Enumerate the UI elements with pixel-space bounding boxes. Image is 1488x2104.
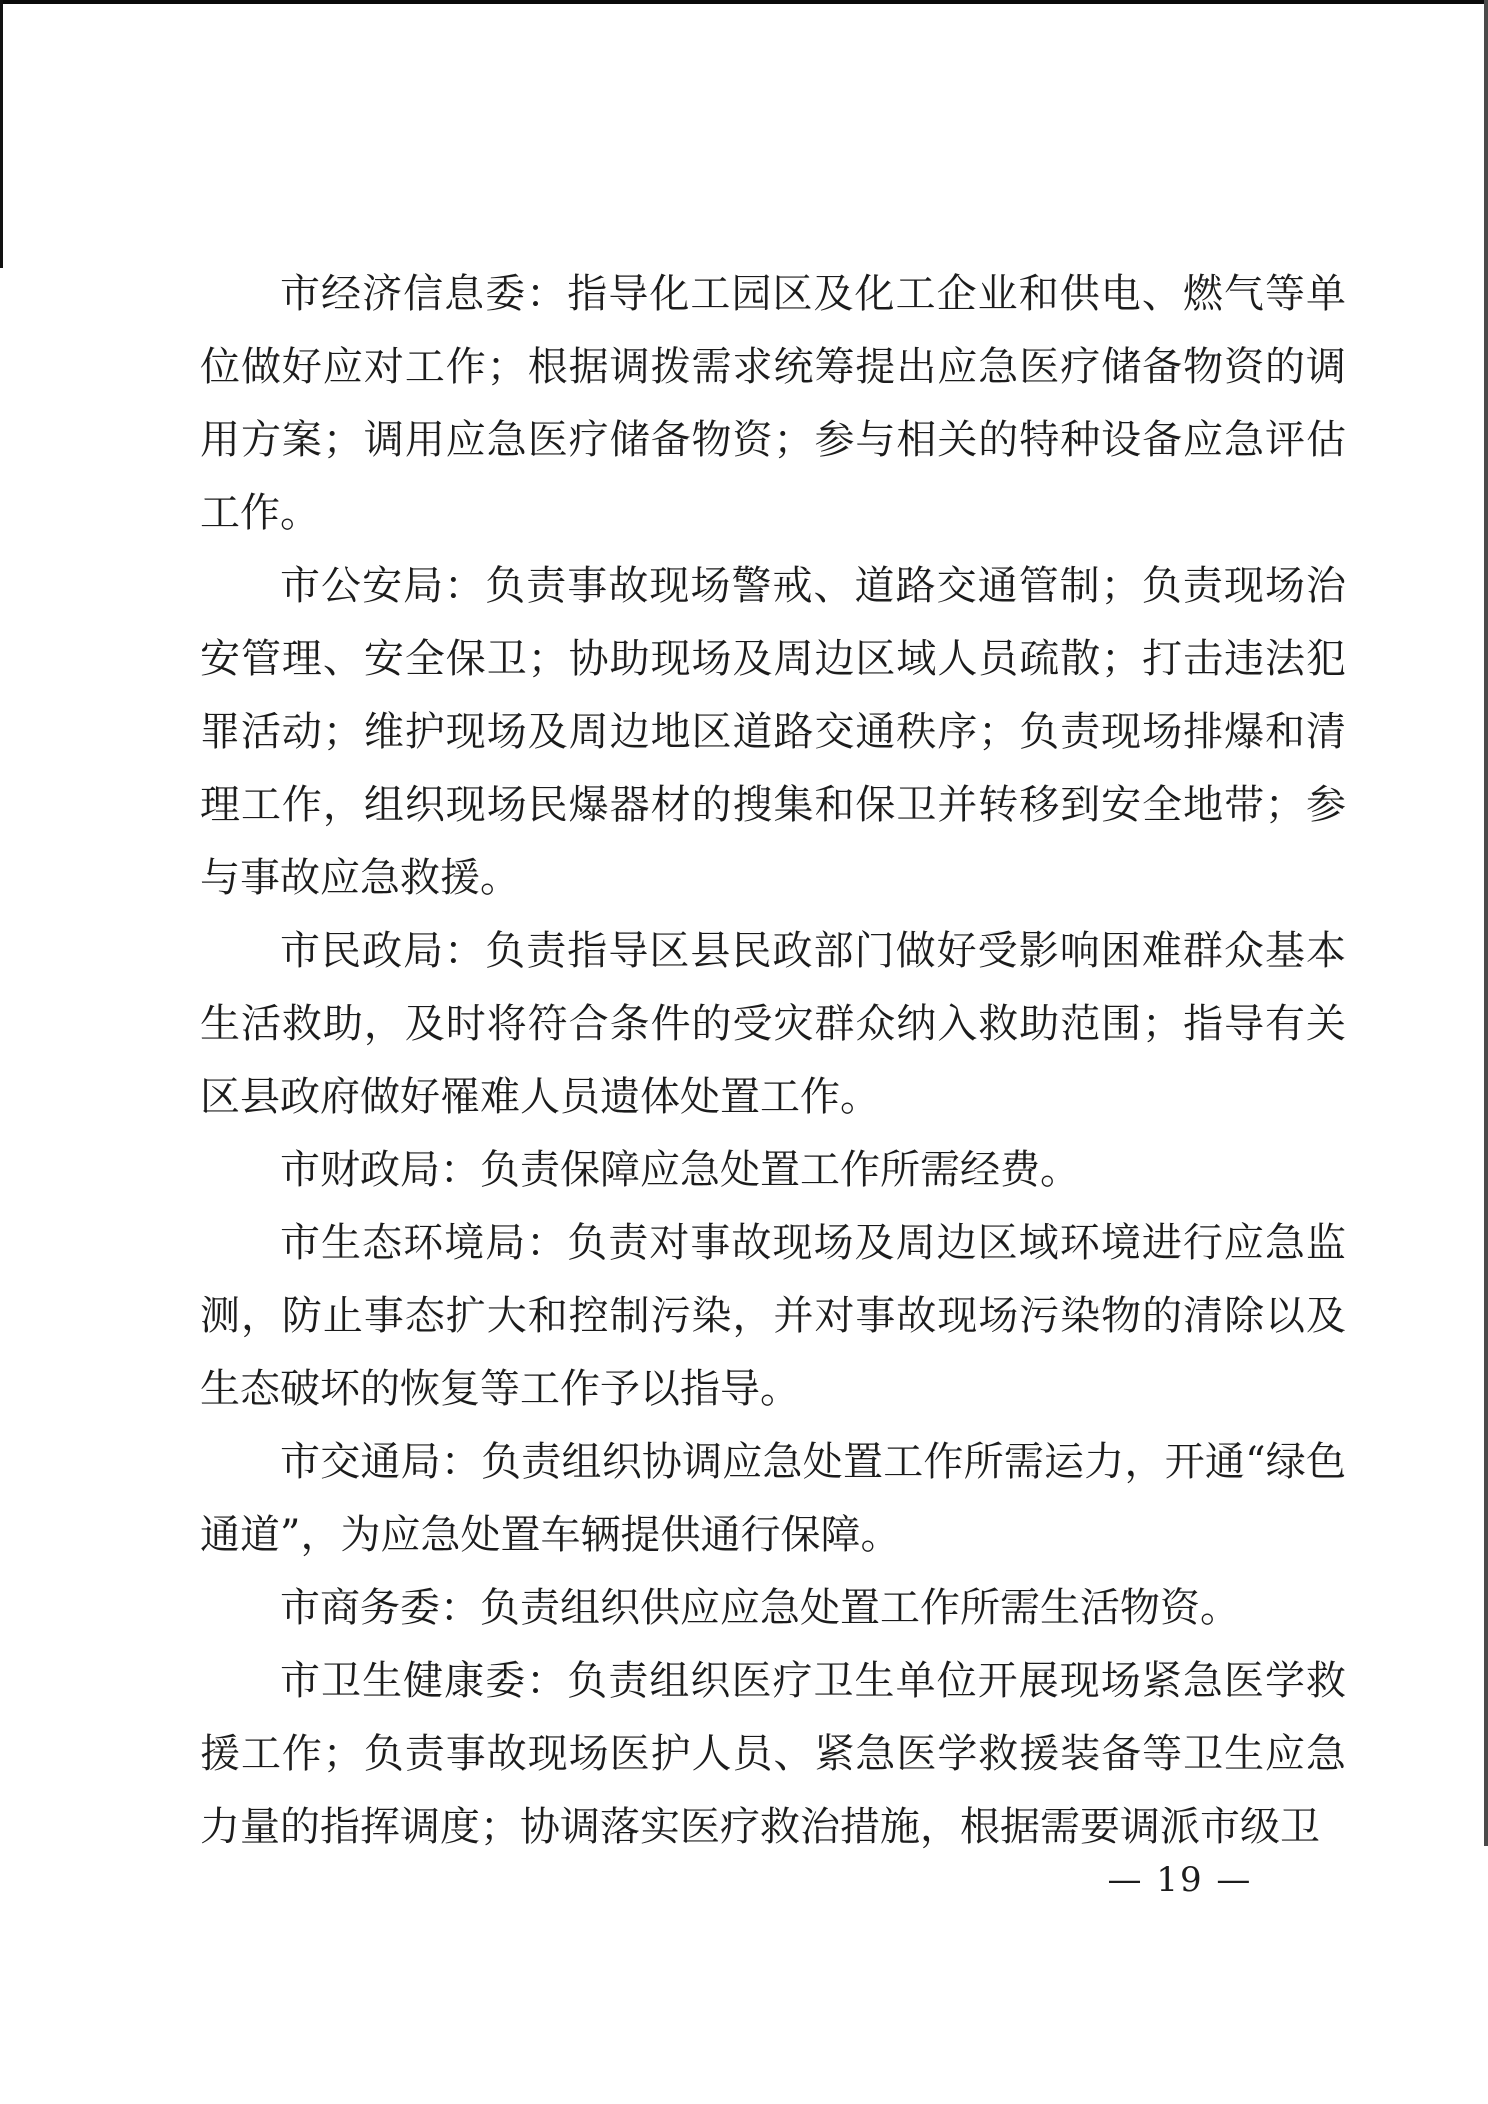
paragraph-economy-info-commission: 市经济信息委：指导化工园区及化工企业和供电、燃气等单位做好应对工作；根据调拨需求… [200, 258, 1346, 550]
paragraph-health-commission: 市卫生健康委：负责组织医疗卫生单位开展现场紧急医学救援工作；负责事故现场医护人员… [200, 1645, 1346, 1864]
paragraph-transport-bureau: 市交通局：负责组织协调应急处置工作所需运力，开通“绿色通道”，为应急处置车辆提供… [200, 1426, 1346, 1572]
paragraph-ecology-environment-bureau: 市生态环境局：负责对事故现场及周边区域环境进行应急监测，防止事态扩大和控制污染，… [200, 1207, 1346, 1426]
document-page: 市经济信息委：指导化工园区及化工企业和供电、燃气等单位做好应对工作；根据调拨需求… [0, 0, 1488, 2104]
page-number: — 19 — [1040, 1860, 1320, 1900]
scan-artifact-left-edge [0, 0, 3, 268]
paragraph-commerce-commission: 市商务委：负责组织供应应急处置工作所需生活物资。 [200, 1572, 1346, 1645]
paragraph-civil-affairs-bureau: 市民政局：负责指导区县民政部门做好受影响困难群众基本生活救助，及时将符合条件的受… [200, 915, 1346, 1134]
scan-artifact-top-edge [0, 0, 1488, 4]
paragraph-finance-bureau: 市财政局：负责保障应急处置工作所需经费。 [200, 1134, 1346, 1207]
body-text: 市经济信息委：指导化工园区及化工企业和供电、燃气等单位做好应对工作；根据调拨需求… [200, 258, 1346, 1864]
scan-artifact-right-edge [1484, 0, 1488, 1846]
paragraph-public-security-bureau: 市公安局：负责事故现场警戒、道路交通管制；负责现场治安管理、安全保卫；协助现场及… [200, 550, 1346, 915]
